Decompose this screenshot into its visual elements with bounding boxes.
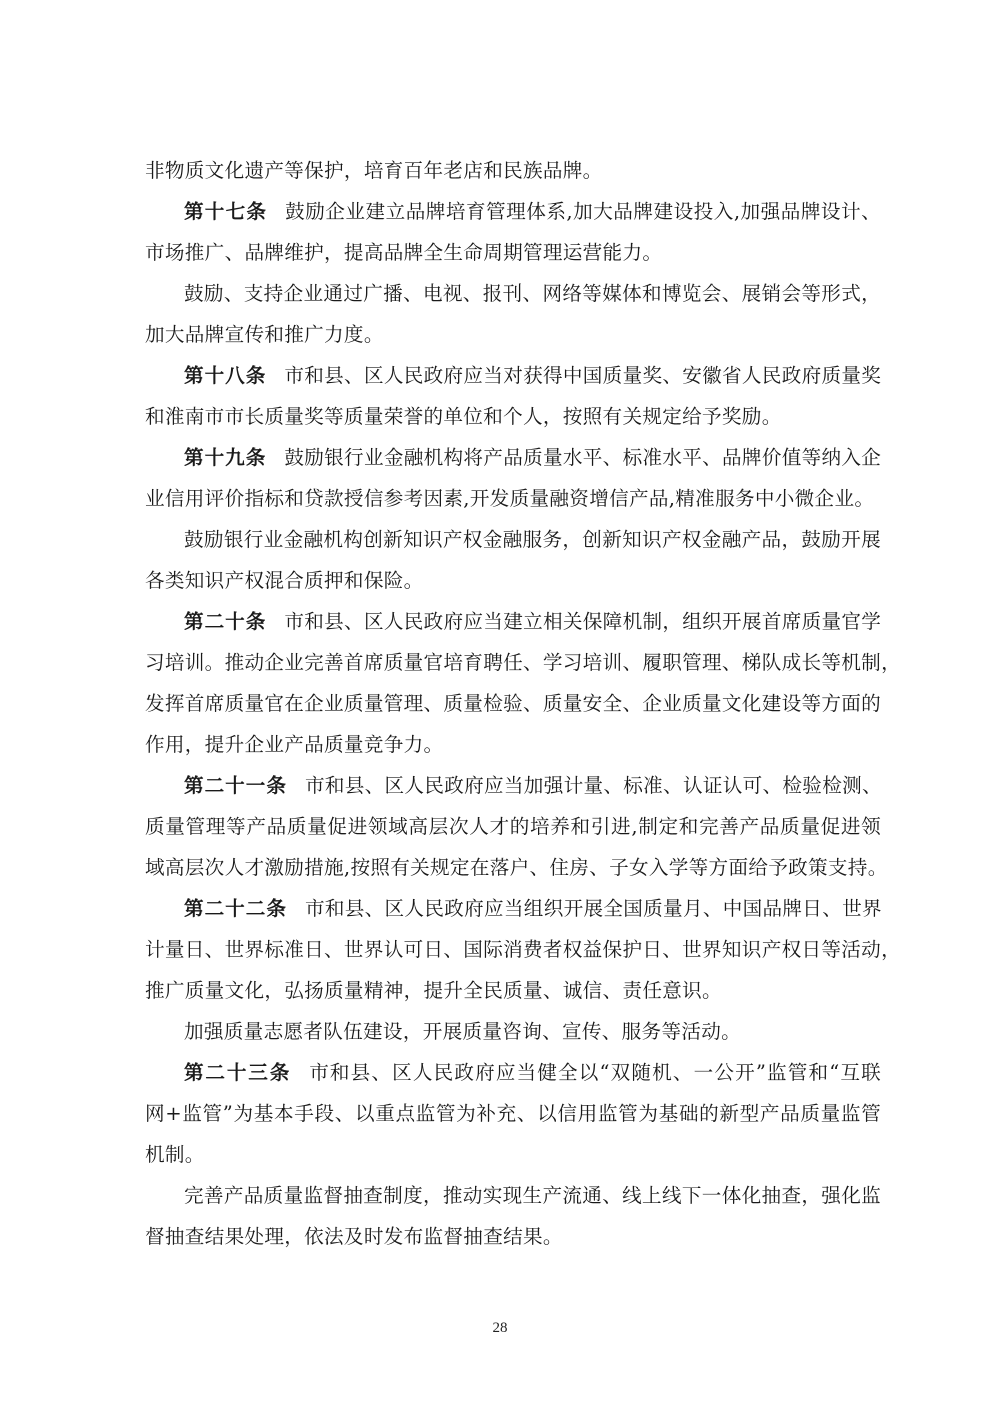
article-line: 第十八条市和县、区人民政府应当对获得中国质量奖、安徽省人民政府质量奖 — [145, 355, 881, 396]
article-line: 第十九条鼓励银行业金融机构将产品质量水平、标准水平、品牌价值等纳入企 — [145, 437, 881, 478]
article-line: 第二十三条市和县、区人民政府应当健全以“双随机、一公开”监管和“互联 — [145, 1052, 881, 1093]
article-number: 第二十条 — [184, 610, 266, 633]
paragraph-line: 各类知识产权混合质押和保险。 — [145, 560, 881, 601]
paragraph-line: 加大品牌宣传和推广力度。 — [145, 314, 881, 355]
paragraph-line: 鼓励银行业金融机构创新知识产权金融服务，创新知识产权金融产品，鼓励开展 — [145, 519, 881, 560]
article-line: 第二十一条市和县、区人民政府应当加强计量、标准、认证认可、检验检测、 — [145, 765, 881, 806]
article-line: 第二十二条市和县、区人民政府应当组织开展全国质量月、中国品牌日、世界 — [145, 888, 881, 929]
paragraph-line: 加强质量志愿者队伍建设，开展质量咨询、宣传、服务等活动。 — [145, 1011, 881, 1052]
paragraph-line: 完善产品质量监督抽查制度，推动实现生产流通、线上线下一体化抽查，强化监 — [145, 1175, 881, 1216]
paragraph-line: 业信用评价指标和贷款授信参考因素,开发质量融资增信产品,精准服务中小微企业。 — [145, 478, 881, 519]
article-number: 第二十一条 — [184, 774, 287, 797]
article-line: 第二十条市和县、区人民政府应当建立相关保障机制，组织开展首席质量官学 — [145, 601, 881, 642]
paragraph-line: 域高层次人才激励措施,按照有关规定在落户、住房、子女入学等方面给予政策支持。 — [145, 847, 881, 888]
article-number: 第二十三条 — [184, 1061, 291, 1084]
paragraph-line: 网+监管”为基本手段、以重点监管为补充、以信用监管为基础的新型产品质量监管 — [145, 1093, 881, 1134]
paragraph-line: 习培训。推动企业完善首席质量官培育聘任、学习培训、履职管理、梯队成长等机制， — [145, 642, 881, 683]
paragraph-line: 质量管理等产品质量促进领域高层次人才的培养和引进,制定和完善产品质量促进领 — [145, 806, 881, 847]
article-number: 第十七条 — [184, 200, 267, 223]
page-number: 28 — [0, 1320, 1000, 1337]
paragraph-line: 督抽查结果处理，依法及时发布监督抽查结果。 — [145, 1216, 881, 1257]
article-number: 第十九条 — [184, 446, 266, 469]
article-number: 第二十二条 — [184, 897, 287, 920]
paragraph-line: 发挥首席质量官在企业质量管理、质量检验、质量安全、企业质量文化建设等方面的 — [145, 683, 881, 724]
paragraph-line: 鼓励、支持企业通过广播、电视、报刊、网络等媒体和博览会、展销会等形式， — [145, 273, 881, 314]
paragraph-line: 和淮南市市长质量奖等质量荣誉的单位和个人，按照有关规定给予奖励。 — [145, 396, 881, 437]
article-number: 第十八条 — [184, 364, 266, 387]
paragraph-line: 机制。 — [145, 1134, 881, 1175]
paragraph-line: 推广质量文化，弘扬质量精神，提升全民质量、诚信、责任意识。 — [145, 970, 881, 1011]
paragraph-line: 非物质文化遗产等保护，培育百年老店和民族品牌。 — [145, 150, 881, 191]
paragraph-line: 作用，提升企业产品质量竞争力。 — [145, 724, 881, 765]
paragraph-line: 计量日、世界标准日、世界认可日、国际消费者权益保护日、世界知识产权日等活动， — [145, 929, 881, 970]
paragraph-line: 市场推广、品牌维护，提高品牌全生命周期管理运营能力。 — [145, 232, 881, 273]
document-page: 非物质文化遗产等保护，培育百年老店和民族品牌。 第十七条鼓励企业建立品牌培育管理… — [145, 150, 881, 1257]
article-line: 第十七条鼓励企业建立品牌培育管理体系,加大品牌建设投入,加强品牌设计、 — [145, 191, 881, 232]
